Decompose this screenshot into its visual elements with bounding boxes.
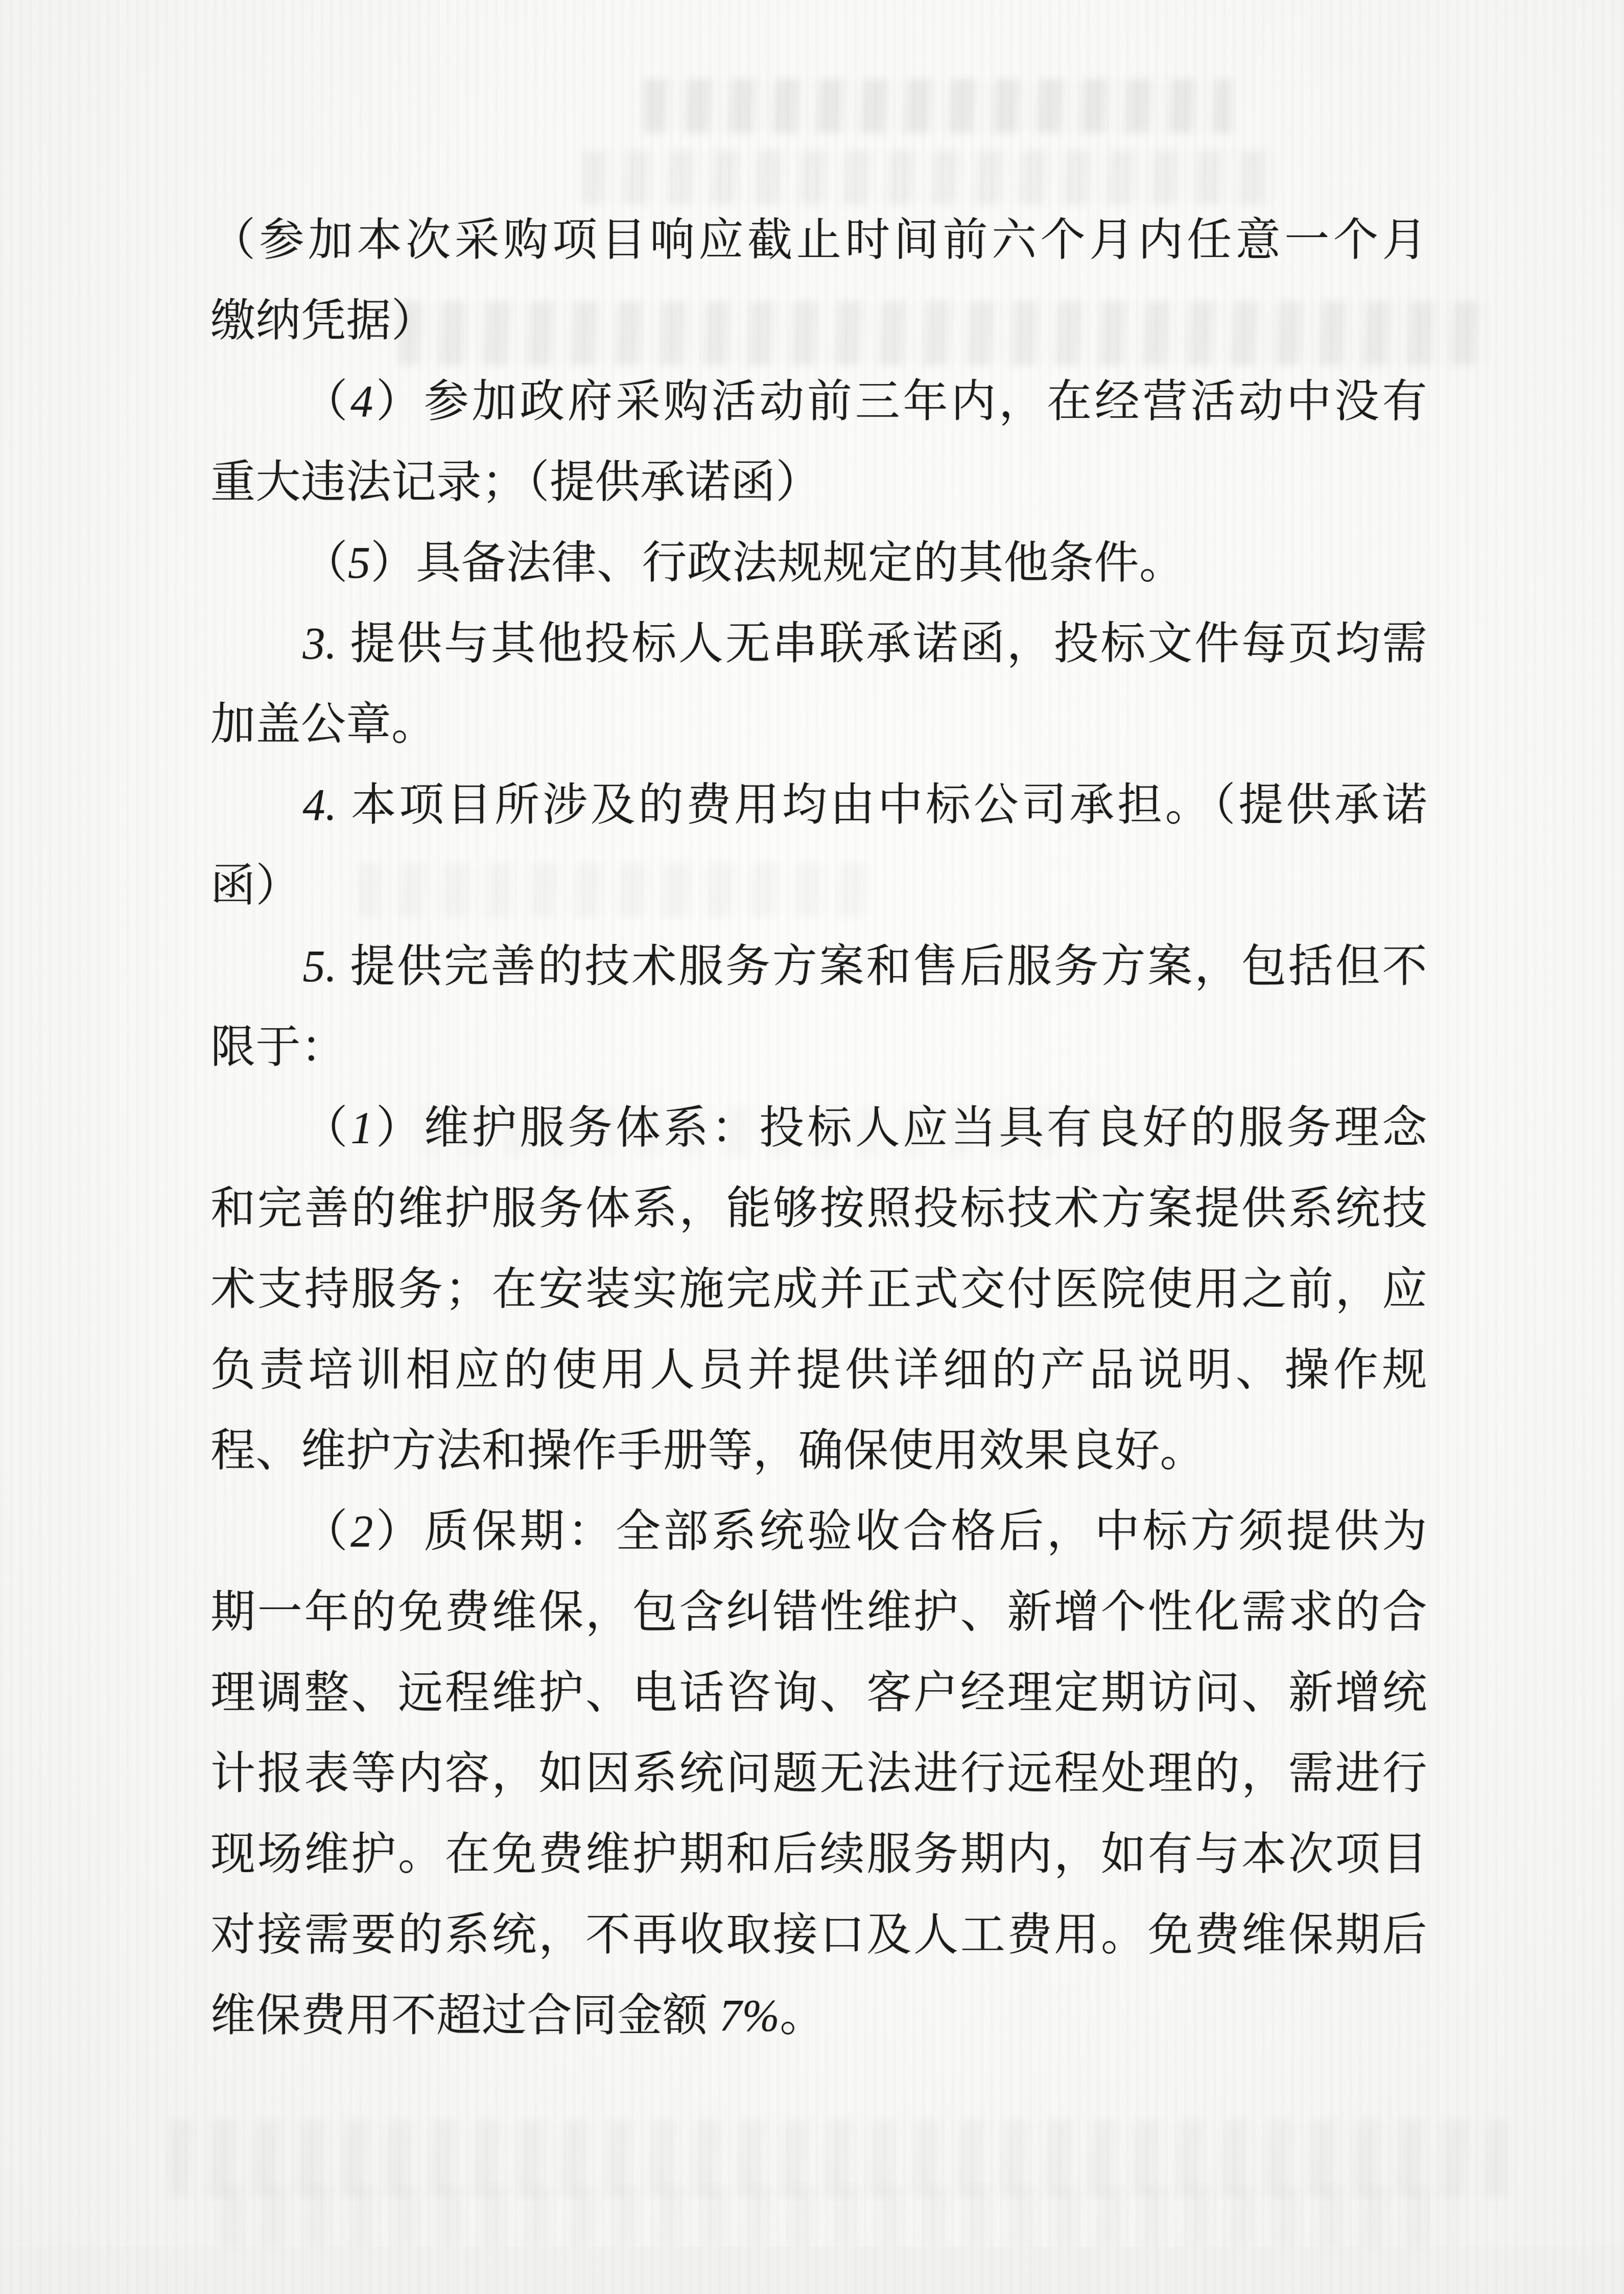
document-line: 计报表等内容，如因系统问题无法进行远程处理的，需进行: [210, 1734, 1427, 1814]
document-line: 函）: [210, 846, 1427, 927]
document-line: （2）质保期：全部系统验收合格后，中标方须提供为: [210, 1492, 1427, 1572]
scanned-page: （参加本次采购项目响应截止时间前六个月内任意一个月缴纳凭据）（4）参加政府采购活…: [0, 0, 1624, 2294]
document-line: 重大违法记录；（提供承诺函）: [210, 442, 1427, 523]
document-line: （5）具备法律、行政法规规定的其他条件。: [210, 523, 1427, 604]
document-line: 维保费用不超过合同金额 7%。: [210, 1976, 1427, 2056]
scan-edge-shadow: [0, 2246, 1624, 2294]
document-body: （参加本次采购项目响应截止时间前六个月内任意一个月缴纳凭据）（4）参加政府采购活…: [210, 200, 1427, 2056]
bleedthrough-artifact: [582, 151, 1277, 204]
bleedthrough-artifact: [644, 79, 1231, 133]
document-line: 术支持服务；在安装实施完成并正式交付医院使用之前，应: [210, 1249, 1427, 1330]
document-line: 理调整、远程维护、电话咨询、客户经理定期访问、新增统: [210, 1653, 1427, 1734]
document-line: 现场维护。在免费维护期和后续服务期内，如有与本次项目: [210, 1814, 1427, 1895]
document-line: 缴纳凭据）: [210, 281, 1427, 362]
document-line: 期一年的免费维保，包含纠错性维护、新增个性化需求的合: [210, 1572, 1427, 1653]
document-line: （参加本次采购项目响应截止时间前六个月内任意一个月: [210, 200, 1427, 281]
document-line: 和完善的维护服务体系，能够按照投标技术方案提供系统技: [210, 1169, 1427, 1249]
document-line: （4）参加政府采购活动前三年内，在经营活动中没有: [210, 362, 1427, 442]
document-line: 对接需要的系统，不再收取接口及人工费用。免费维保期后: [210, 1895, 1427, 1976]
document-line: （1）维护服务体系：投标人应当具有良好的服务理念: [210, 1088, 1427, 1169]
document-line: 加盖公章。: [210, 684, 1427, 765]
document-line: 3. 提供与其他投标人无串联承诺函，投标文件每页均需: [210, 604, 1427, 684]
document-line: 限于：: [210, 1007, 1427, 1088]
document-line: 5. 提供完善的技术服务方案和售后服务方案，包括但不: [210, 927, 1427, 1007]
document-line: 程、维护方法和操作手册等，确保使用效果良好。: [210, 1411, 1427, 1492]
bleedthrough-artifact: [220, 2186, 1456, 2248]
document-line: 4. 本项目所涉及的费用均由中标公司承担。（提供承诺: [210, 765, 1427, 846]
document-line: 负责培训相应的使用人员并提供详细的产品说明、操作规: [210, 1330, 1427, 1411]
bleedthrough-artifact: [169, 2120, 1507, 2196]
